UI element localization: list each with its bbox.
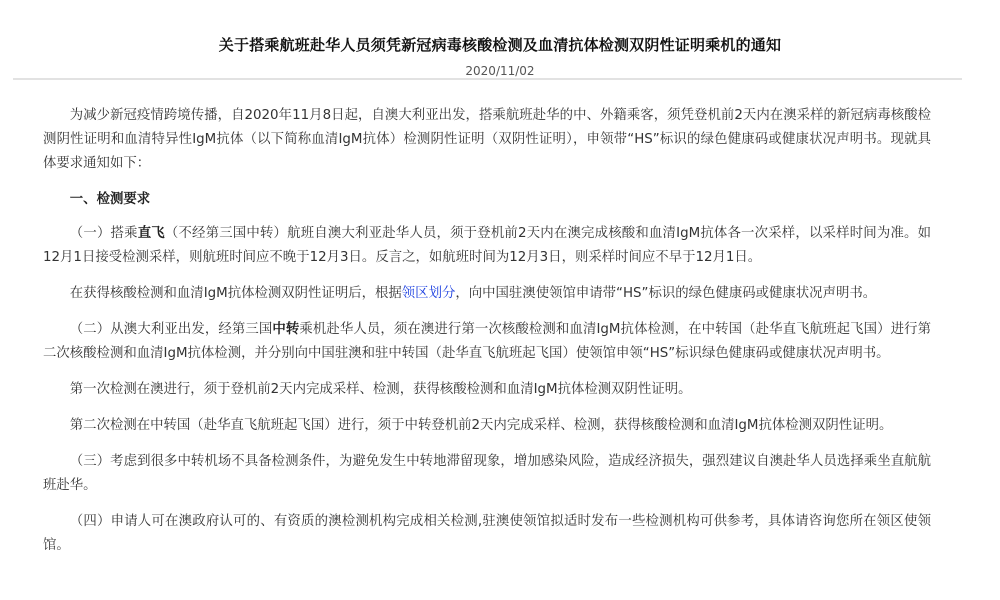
article-header: 关于搭乘航班赴华人员须凭新冠病毒核酸检测及血清抗体检测双阴性证明乘机的通知 20… (0, 0, 1000, 79)
text: ，向中国驻澳使领馆申请带“HS”标识的绿色健康码或健康状况声明书。 (455, 286, 876, 301)
text: （一）搭乘 (70, 226, 138, 241)
paragraph-transit-flight: （二）从澳大利亚出发，经第三国中转乘机赴华人员，须在澳进行第一次核酸检测和血清I… (43, 318, 931, 366)
header-divider (13, 78, 962, 80)
article-body: 为减少新冠疫情跨境传播，自2020年11月8日起，自澳大利亚出发，搭乘航班赴华的… (43, 104, 931, 570)
text: 在获得核酸检测和血清IgM抗体检测双阴性证明后，根据 (70, 286, 402, 301)
section-heading-testing-requirements: 一、检测要求 (43, 188, 931, 212)
text: （不经第三国中转）航班自澳大利亚赴华人员，须于登机前2天内在澳完成核酸和血清Ig… (43, 226, 931, 265)
article-title: 关于搭乘航班赴华人员须凭新冠病毒核酸检测及血清抗体检测双阴性证明乘机的通知 (0, 34, 1000, 56)
paragraph-recommend-direct: （三）考虑到很多中转机场不具备检测条件，为避免发生中转地滞留现象，增加感染风险，… (43, 450, 931, 498)
publish-date: 2020/11/02 (0, 63, 1000, 79)
paragraph-first-test: 第一次检测在澳进行，须于登机前2天内完成采样、检测，获得核酸检测和血清IgM抗体… (43, 378, 931, 402)
consular-district-link[interactable]: 领区划分 (402, 286, 456, 301)
paragraph-second-test: 第二次检测在中转国（赴华直飞航班起飞国）进行，须于中转登机前2天内完成采样、检测… (43, 414, 931, 438)
text: （二）从澳大利亚出发，经第三国 (70, 322, 273, 337)
paragraph-apply-health-code: 在获得核酸检测和血清IgM抗体检测双阴性证明后，根据领区划分，向中国驻澳使领馆申… (43, 282, 931, 306)
intro-paragraph: 为减少新冠疫情跨境传播，自2020年11月8日起，自澳大利亚出发，搭乘航班赴华的… (43, 104, 931, 176)
paragraph-direct-flight: （一）搭乘直飞（不经第三国中转）航班自澳大利亚赴华人员，须于登机前2天内在澳完成… (43, 222, 931, 270)
paragraph-testing-institutions: （四）申请人可在澳政府认可的、有资质的澳检测机构完成相关检测,驻澳使领馆拟适时发… (43, 510, 931, 558)
emphasis-transit: 中转 (272, 322, 299, 337)
emphasis-direct-flight: 直飞 (138, 226, 165, 241)
